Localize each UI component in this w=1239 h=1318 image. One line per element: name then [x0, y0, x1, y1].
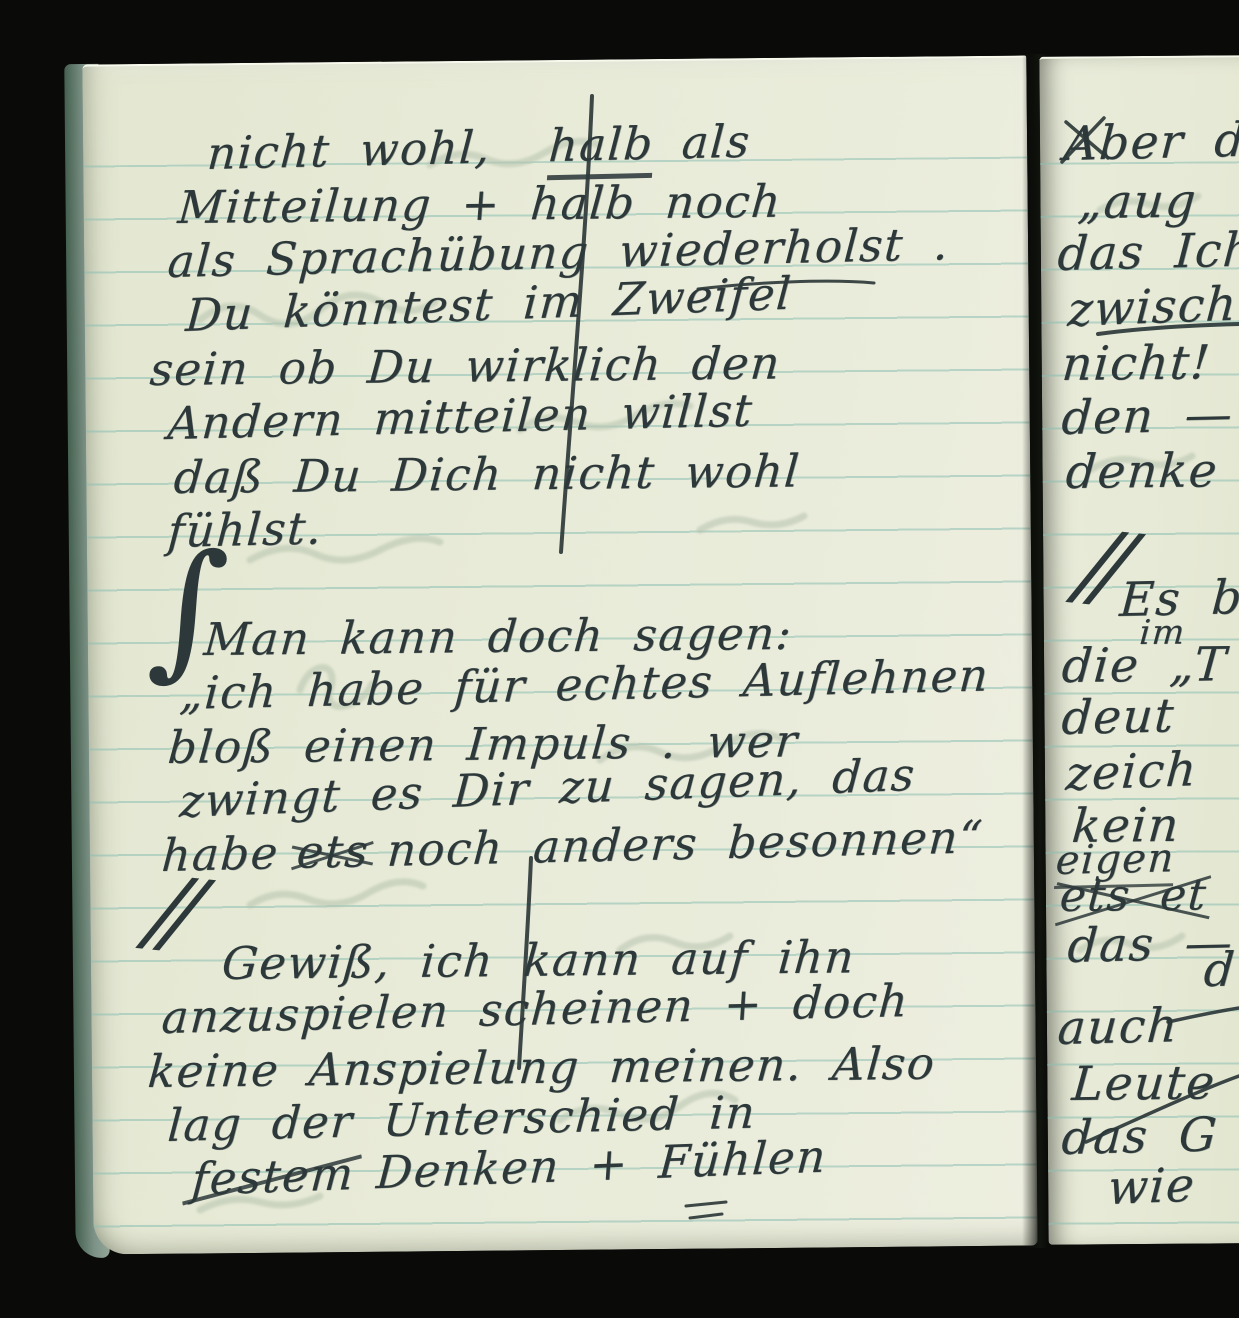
hw-text: als [680, 116, 752, 169]
handwritten-line: das Ich [1056, 223, 1239, 282]
hw-underlined-word: halb [547, 118, 656, 180]
handwritten-line: zeich [1064, 743, 1199, 802]
handwritten-line: „aug [1076, 175, 1199, 230]
hw-crossed-out-word: festem [190, 1148, 356, 1206]
hw-crossed-out-word: ets [295, 825, 371, 878]
handwritten-line: den — [1060, 388, 1235, 446]
handwritten-line: deut [1060, 689, 1177, 746]
handwritten-line: wie [1106, 1159, 1197, 1216]
handwritten-line: auch [1056, 999, 1180, 1056]
handwritten-line: Aber d [1062, 114, 1239, 172]
handwritten-line: zwisch [1066, 278, 1239, 338]
word-gap [490, 161, 548, 162]
handwritten-line: die „T [1060, 638, 1229, 694]
handwritten-line: nicht! [1060, 336, 1213, 392]
handwritten-line: denke [1064, 444, 1220, 500]
hw-crossed-out-word: ets et [1058, 870, 1209, 922]
word-gap [353, 1188, 375, 1189]
manuscript-photo: nicht wohl, halb als Mitteilung + halb n… [0, 0, 1239, 1318]
handwritten-line: d [1202, 944, 1238, 998]
handwritten-line: Leute [1070, 1056, 1218, 1112]
handwritten-line: daß Du Dich nicht wohl [172, 445, 802, 503]
handwritten-line: ets et [1058, 870, 1209, 922]
word-gap [653, 158, 681, 159]
handwritten-line: keine Anspielung meinen. Also [146, 1038, 938, 1098]
hw-text: nicht wohl, [206, 121, 493, 179]
